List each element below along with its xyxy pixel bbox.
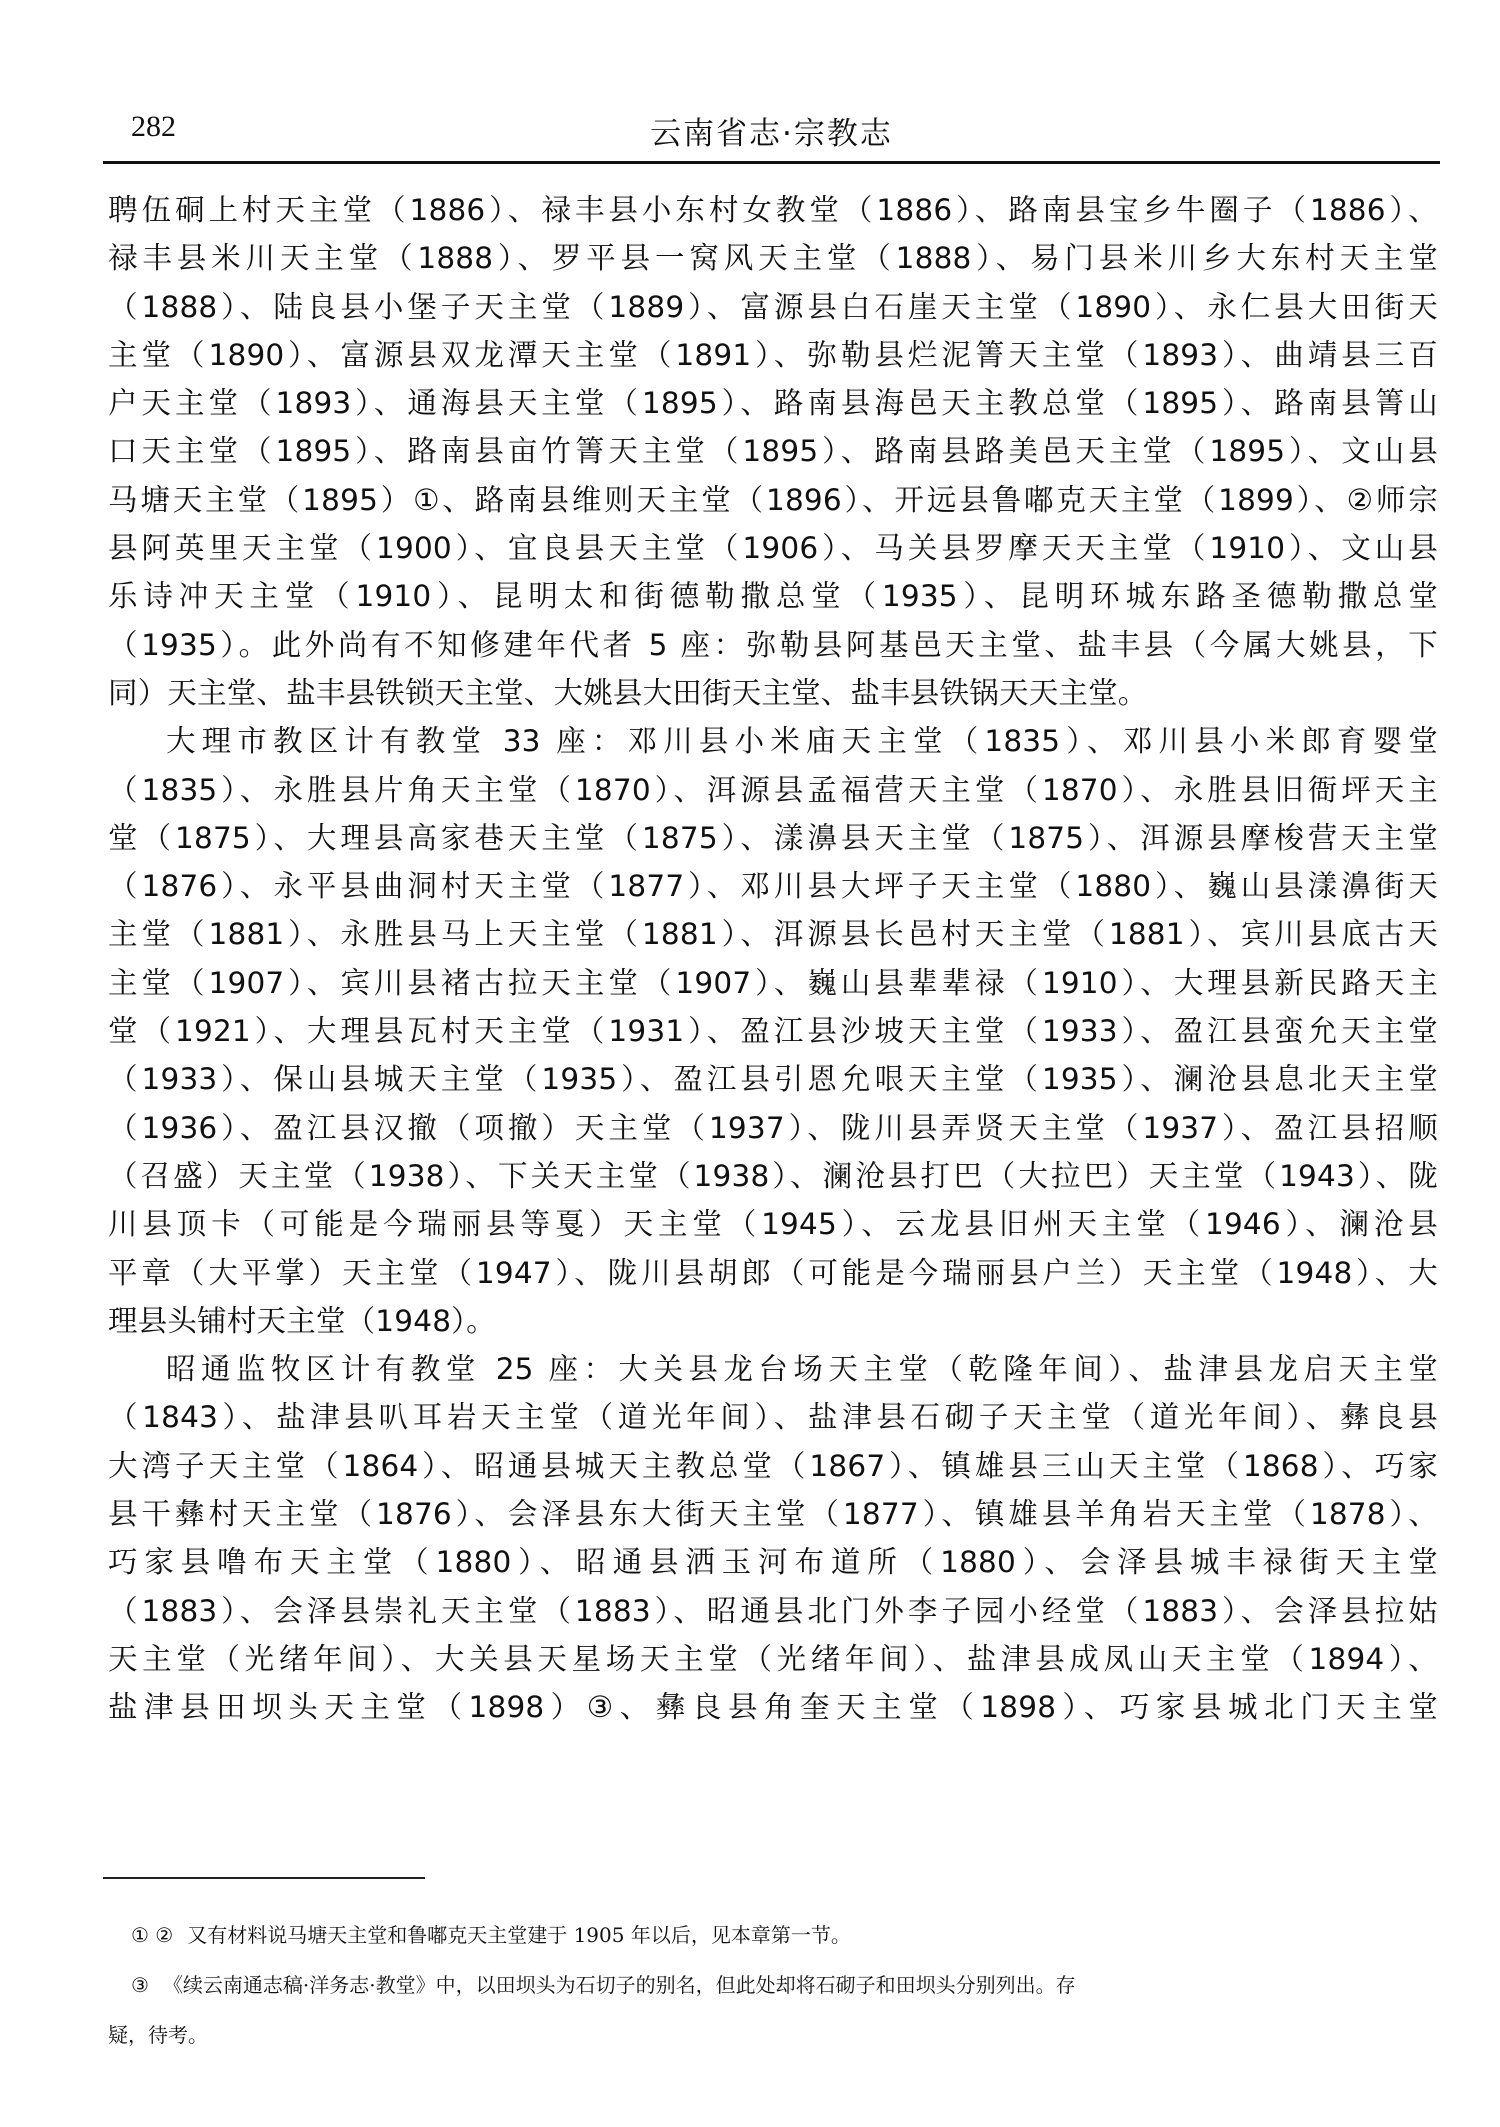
document-page: 282 云南省志·宗教志 聘伍硐上村天主堂（1886）、禄丰县小东村女教堂（18… [0,0,1500,2127]
text-line: 巧家县噜布天主堂（1880）、昭通县洒玉河布道所（1880）、会泽县城丰禄街天主… [108,1538,1438,1586]
footnote-text: 又有材料说马塘天主堂和鲁嘟克天主堂建于 1905 年以后，见本章第一节。 [187,1923,851,1947]
text-line: （1933）、保山县城天主堂（1935）、盈江县引恩允哏天主堂（1935）、澜沧… [108,1055,1438,1103]
text-line: （1835）、永胜县片角天主堂（1870）、洱源县孟福营天主堂（1870）、永胜… [108,766,1438,814]
text-line: （1843）、盐津县叭耳岩天主堂（道光年间）、盐津县石砌子天主堂（道光年间）、彝… [108,1393,1438,1441]
body-text: 聘伍硐上村天主堂（1886）、禄丰县小东村女教堂（1886）、路南县宝乡牛圈子（… [108,186,1438,1732]
footnote-1-2: ① ②又有材料说马塘天主堂和鲁嘟克天主堂建于 1905 年以后，见本章第一节。 [108,1910,1438,1960]
footnote-text: 《续云南通志稿·洋务志·教堂》中，以田坝头为石切子的别名，但此处却将石砌子和田坝… [163,1973,1076,1997]
paragraph-dali-diocese: 大理市教区计有教堂 33 座：邓川县小米庙天主堂（1835）、邓川县小米郎育婴堂… [108,717,1438,1345]
text-line: （1936）、盈江县汉撤（项撤）天主堂（1937）、陇川县弄贤天主堂（1937）… [108,1104,1438,1152]
text-line: 川县顶卡（可能是今瑞丽县等戛）天主堂（1945）、云龙县旧州天主堂（1946）、… [108,1200,1438,1248]
footnote-divider [103,1877,425,1879]
footnotes: ① ②又有材料说马塘天主堂和鲁嘟克天主堂建于 1905 年以后，见本章第一节。 … [108,1910,1438,2060]
text-line: （1888）、陆良县小堡子天主堂（1889）、富源县白石崖天主堂（1890）、永… [108,283,1438,331]
text-line: 盐津县田坝头天主堂（1898）③、彝良县角奎天主堂（1898）、巧家县城北门天主… [108,1683,1438,1731]
text-line: 乐诗冲天主堂（1910）、昆明太和街德勒撒总堂（1935）、昆明环城东路圣德勒撒… [108,572,1438,620]
text-line: 聘伍硐上村天主堂（1886）、禄丰县小东村女教堂（1886）、路南县宝乡牛圈子（… [108,186,1438,234]
text-line: （1883）、会泽县崇礼天主堂（1883）、昭通县北门外李子园小经堂（1883）… [108,1587,1438,1635]
text-line: （召盛）天主堂（1938）、下关天主堂（1938）、澜沧县打巴（大拉巴）天主堂（… [108,1152,1438,1200]
text-line: 堂（1921）、大理县瓦村天主堂（1931）、盈江县沙坡天主堂（1933）、盈江… [108,1007,1438,1055]
paragraph-kunming-continued: 聘伍硐上村天主堂（1886）、禄丰县小东村女教堂（1886）、路南县宝乡牛圈子（… [108,186,1438,717]
header-divider [103,161,1440,164]
text-line: 主堂（1881）、永胜县马上天主堂（1881）、洱源县长邑村天主堂（1881）、… [108,910,1438,958]
text-line: 口天主堂（1895）、路南县亩竹箐天主堂（1895）、路南县路美邑天主堂（189… [108,427,1438,475]
text-line: 理县头铺村天主堂（1948）。 [108,1297,1438,1345]
text-line: 县干彝村天主堂（1876）、会泽县东大街天主堂（1877）、镇雄县羊角岩天主堂（… [108,1490,1438,1538]
page-header: 282 云南省志·宗教志 [103,108,1440,158]
paragraph-zhaotong-prefecture: 昭通监牧区计有教堂 25 座：大关县龙台场天主堂（乾隆年间）、盐津县龙启天主堂 … [108,1345,1438,1731]
text-line: 禄丰县米川天主堂（1888）、罗平县一窝风天主堂（1888）、易门县米川乡大东村… [108,234,1438,282]
text-line: 主堂（1890）、富源县双龙潭天主堂（1891）、弥勒县烂泥箐天主堂（1893）… [108,331,1438,379]
text-line: 主堂（1907）、宾川县褚古拉天主堂（1907）、巍山县辈辈禄（1910）、大理… [108,959,1438,1007]
footnote-marker: ① ② [131,1910,173,1960]
footnote-text: 疑，待考。 [108,2023,208,2047]
text-line: 大理市教区计有教堂 33 座：邓川县小米庙天主堂（1835）、邓川县小米郎育婴堂 [108,717,1438,765]
text-line: 天主堂（光绪年间）、大关县天星场天主堂（光绪年间）、盐津县成凤山天主堂（1894… [108,1635,1438,1683]
running-title: 云南省志·宗教志 [103,108,1440,153]
footnote-3-continued: 疑，待考。 [108,2010,1438,2060]
text-line: 堂（1875）、大理县高家巷天主堂（1875）、漾濞县天主堂（1875）、洱源县… [108,814,1438,862]
text-line: （1876）、永平县曲洞村天主堂（1877）、邓川县大坪子天主堂（1880）、巍… [108,862,1438,910]
text-line: 户天主堂（1893）、通海县天主堂（1895）、路南县海邑天主教总堂（1895）… [108,379,1438,427]
text-line: 平章（大平掌）天主堂（1947）、陇川县胡郎（可能是今瑞丽县户兰）天主堂（194… [108,1249,1438,1297]
footnote-marker: ③ [131,1960,149,2010]
text-line: 大湾子天主堂（1864）、昭通县城天主教总堂（1867）、镇雄县三山天主堂（18… [108,1442,1438,1490]
text-line: 同）天主堂、盐丰县铁锁天主堂、大姚县大田街天主堂、盐丰县铁锅天天主堂。 [108,669,1438,717]
text-line: 昭通监牧区计有教堂 25 座：大关县龙台场天主堂（乾隆年间）、盐津县龙启天主堂 [108,1345,1438,1393]
text-line: 县阿英里天主堂（1900）、宜良县天主堂（1906）、马关县罗摩天天主堂（191… [108,524,1438,572]
text-line: 马塘天主堂（1895）①、路南县维则天主堂（1896）、开远县鲁嘟克天主堂（18… [108,476,1438,524]
footnote-3: ③《续云南通志稿·洋务志·教堂》中，以田坝头为石切子的别名，但此处却将石砌子和田… [108,1960,1438,2010]
text-line: （1935）。此外尚有不知修建年代者 5 座：弥勒县阿基邑天主堂、盐丰县（今属大… [108,621,1438,669]
